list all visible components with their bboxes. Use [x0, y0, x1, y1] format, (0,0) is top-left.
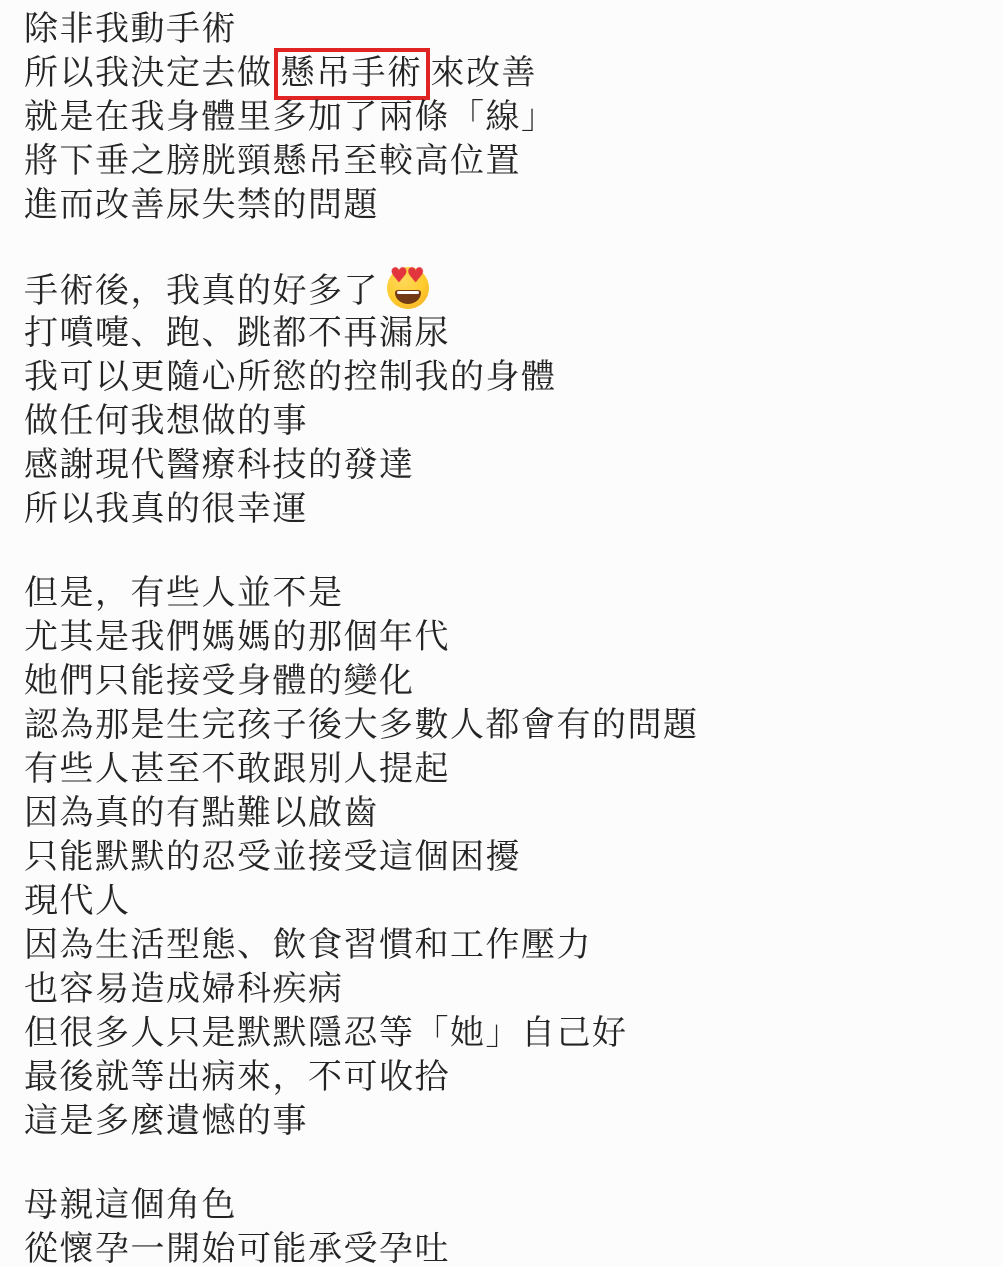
text-segment: 感謝現代醫療科技的發達 — [24, 446, 415, 484]
text-segment: 但是，有些人並不是 — [24, 574, 344, 612]
text-line: 她們只能接受身體的變化 — [24, 659, 986, 703]
heart-eyes-emoji: ♥♥ — [387, 267, 429, 309]
emoji-teeth — [397, 291, 419, 294]
text-segment: 我可以更隨心所慾的控制我的身體 — [24, 358, 557, 396]
paragraph-2: 手術後，我真的好多了♥♥打噴嚏、跑、跳都不再漏尿我可以更隨心所慾的控制我的身體做… — [24, 267, 986, 531]
paragraph-4: 母親這個角色從懷孕一開始可能承受孕吐 — [24, 1183, 986, 1266]
text-line: 將下垂之膀胱頸懸吊至較高位置 — [24, 139, 986, 183]
text-line: 感謝現代醫療科技的發達 — [24, 443, 986, 487]
text-line: 但是，有些人並不是 — [24, 571, 986, 615]
text-line: 也容易造成婦科疾病 — [24, 967, 986, 1011]
text-line: 所以我真的很幸運 — [24, 487, 986, 531]
text-segment: 打噴嚏、跑、跳都不再漏尿 — [24, 314, 450, 352]
text-line: 最後就等出病來，不可收拾 — [24, 1055, 986, 1099]
text-segment: 就是在我身體里多加了兩條「線」 — [24, 98, 557, 136]
text-line: 只能默默的忍受並接受這個困擾 — [24, 835, 986, 879]
text-line: 所以我決定去做懸吊手術來改善 — [24, 51, 986, 95]
text-line: 有些人甚至不敢跟別人提起 — [24, 747, 986, 791]
text-line: 進而改善尿失禁的問題 — [24, 183, 986, 227]
text-segment: 現代人 — [24, 882, 131, 920]
text-segment: 最後就等出病來，不可收拾 — [24, 1058, 450, 1096]
text-segment: 也容易造成婦科疾病 — [24, 970, 344, 1008]
text-line: 打噴嚏、跑、跳都不再漏尿 — [24, 311, 986, 355]
text-segment: 這是多麼遺憾的事 — [24, 1102, 308, 1140]
text-segment: 但很多人只是默默隱忍等「她」自己好 — [24, 1014, 628, 1052]
highlighted-term: 懸吊手術 — [274, 48, 430, 100]
text-line: 除非我動手術 — [24, 7, 986, 51]
text-line: 手術後，我真的好多了♥♥ — [24, 267, 986, 311]
text-line: 因為真的有點難以啟齒 — [24, 791, 986, 835]
text-segment: 將下垂之膀胱頸懸吊至較高位置 — [24, 142, 521, 180]
text-line: 認為那是生完孩子後大多數人都會有的問題 — [24, 703, 986, 747]
text-segment: 來改善 — [431, 54, 538, 92]
text-line: 現代人 — [24, 879, 986, 923]
text-segment: 因為生活型態、飲食習慣和工作壓力 — [24, 926, 592, 964]
text-segment: 手術後，我真的好多了 — [24, 272, 379, 310]
text-segment: 進而改善尿失禁的問題 — [24, 186, 379, 224]
text-line: 母親這個角色 — [24, 1183, 986, 1227]
text-line: 從懷孕一開始可能承受孕吐 — [24, 1227, 986, 1266]
text-segment: 尤其是我們媽媽的那個年代 — [24, 618, 450, 656]
text-segment: 母親這個角色 — [24, 1186, 237, 1224]
text-segment: 她們只能接受身體的變化 — [24, 662, 415, 700]
post-body: 除非我動手術所以我決定去做懸吊手術來改善就是在我身體里多加了兩條「線」將下垂之膀… — [0, 0, 1002, 1266]
paragraph-1: 除非我動手術所以我決定去做懸吊手術來改善就是在我身體里多加了兩條「線」將下垂之膀… — [24, 7, 986, 227]
text-line: 但很多人只是默默隱忍等「她」自己好 — [24, 1011, 986, 1055]
text-segment: 所以我真的很幸運 — [24, 490, 308, 528]
text-segment: 有些人甚至不敢跟別人提起 — [24, 750, 450, 788]
text-line: 我可以更隨心所慾的控制我的身體 — [24, 355, 986, 399]
text-segment: 從懷孕一開始可能承受孕吐 — [24, 1230, 450, 1266]
text-segment: 只能默默的忍受並接受這個困擾 — [24, 838, 521, 876]
text-line: 這是多麼遺憾的事 — [24, 1099, 986, 1143]
heart-icon: ♥ — [407, 265, 426, 285]
text-segment: 所以我決定去做 — [24, 54, 273, 92]
text-segment: 除非我動手術 — [24, 10, 237, 48]
text-segment: 因為真的有點難以啟齒 — [24, 794, 379, 832]
text-line: 做任何我想做的事 — [24, 399, 986, 443]
text-line: 尤其是我們媽媽的那個年代 — [24, 615, 986, 659]
paragraph-3: 但是，有些人並不是尤其是我們媽媽的那個年代她們只能接受身體的變化認為那是生完孩子… — [24, 571, 986, 1143]
text-line: 因為生活型態、飲食習慣和工作壓力 — [24, 923, 986, 967]
text-segment: 做任何我想做的事 — [24, 402, 308, 440]
text-line: 就是在我身體里多加了兩條「線」 — [24, 95, 986, 139]
text-segment: 認為那是生完孩子後大多數人都會有的問題 — [24, 706, 699, 744]
